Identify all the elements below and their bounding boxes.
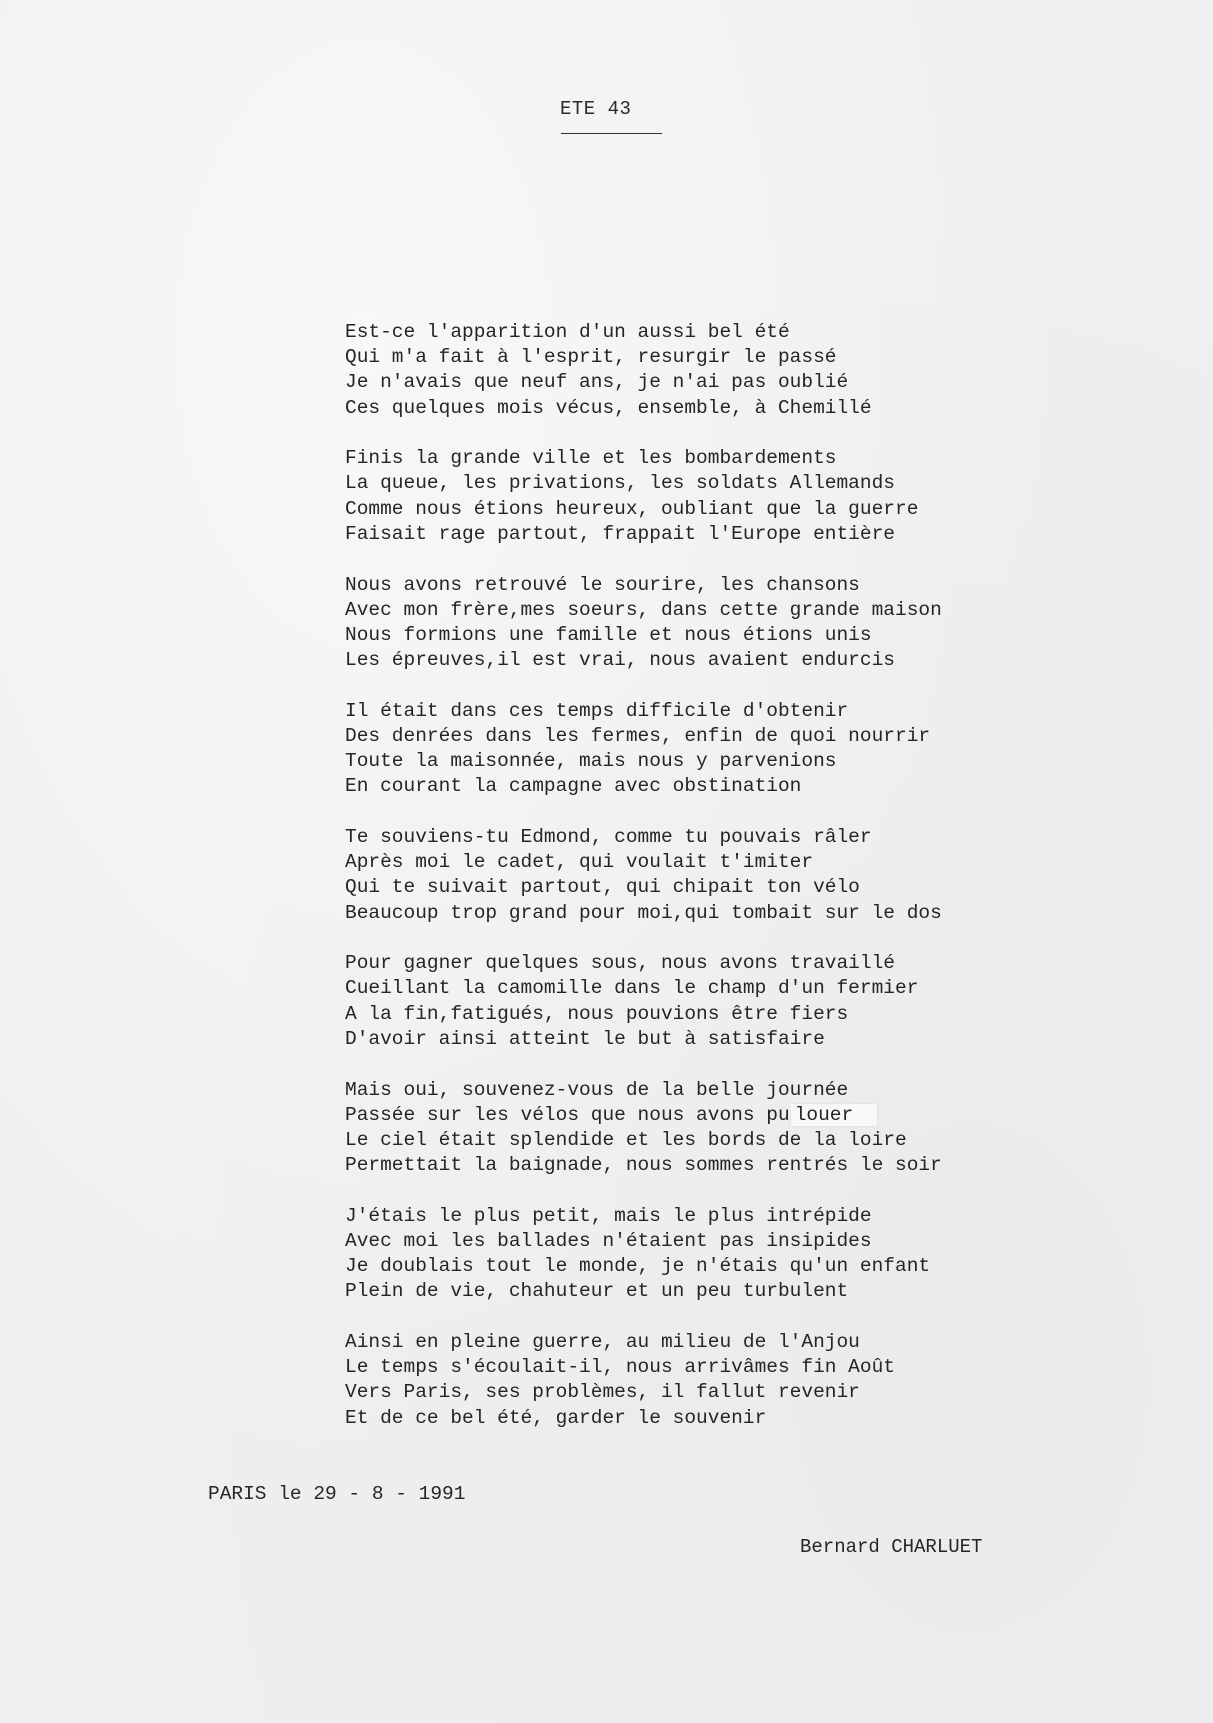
poem-line: Mais oui, souvenez-vous de la belle jour… <box>345 1078 1045 1103</box>
stanza-9: Ainsi en pleine guerre, au milieu de l'A… <box>345 1330 1045 1431</box>
poem-line: Vers Paris, ses problèmes, il fallut rev… <box>345 1380 1045 1405</box>
poem-line: Le temps s'écoulait-il, nous arrivâmes f… <box>345 1355 1045 1380</box>
poem-line: Je doublais tout le monde, je n'étais qu… <box>345 1254 1045 1279</box>
place-and-date: PARIS le 29 - 8 - 1991 <box>208 1483 465 1505</box>
stanza-1: Est-ce l'apparition d'un aussi bel été Q… <box>345 320 1045 421</box>
stanza-5: Te souviens-tu Edmond, comme tu pouvais … <box>345 825 1045 926</box>
poem-line: Toute la maisonnée, mais nous y parvenio… <box>345 749 1045 774</box>
author-signature: Bernard CHARLUET <box>800 1536 982 1558</box>
poem-line: Nous formions une famille et nous étions… <box>345 623 1045 648</box>
poem-line-with-patch: Passée sur les vélos que nous avons pulo… <box>345 1103 1045 1128</box>
poem-line: Avec moi les ballades n'étaient pas insi… <box>345 1229 1045 1254</box>
correction-patch: louer <box>791 1104 878 1126</box>
poem-line: Il était dans ces temps difficile d'obte… <box>345 699 1045 724</box>
poem-line: Après moi le cadet, qui voulait t'imiter <box>345 850 1045 875</box>
poem-line: Beaucoup trop grand pour moi,qui tombait… <box>345 901 1045 926</box>
poem-line: Ces quelques mois vécus, ensemble, à Che… <box>345 396 1045 421</box>
poem-line: Des denrées dans les fermes, enfin de qu… <box>345 724 1045 749</box>
poem-line: En courant la campagne avec obstination <box>345 774 1045 799</box>
stanza-4: Il était dans ces temps difficile d'obte… <box>345 699 1045 800</box>
poem-line: Finis la grande ville et les bombardemen… <box>345 446 1045 471</box>
poem-line: Qui m'a fait à l'esprit, resurgir le pas… <box>345 345 1045 370</box>
poem-line: Te souviens-tu Edmond, comme tu pouvais … <box>345 825 1045 850</box>
poem-line: Nous avons retrouvé le sourire, les chan… <box>345 573 1045 598</box>
poem-line: D'avoir ainsi atteint le but à satisfair… <box>345 1027 1045 1052</box>
poem-body: Est-ce l'apparition d'un aussi bel été Q… <box>345 320 1045 1456</box>
poem-line: Permettait la baignade, nous sommes rent… <box>345 1153 1045 1178</box>
poem-line: Avec mon frère,mes soeurs, dans cette gr… <box>345 598 1045 623</box>
poem-line: A la fin,fatigués, nous pouvions être fi… <box>345 1002 1045 1027</box>
poem-line: Et de ce bel été, garder le souvenir <box>345 1406 1045 1431</box>
stanza-2: Finis la grande ville et les bombardemen… <box>345 446 1045 547</box>
stanza-7: Mais oui, souvenez-vous de la belle jour… <box>345 1078 1045 1179</box>
poem-line: Pour gagner quelques sous, nous avons tr… <box>345 951 1045 976</box>
poem-line-text: Passée sur les vélos que nous avons pu <box>345 1104 790 1126</box>
poem-line: Le ciel était splendide et les bords de … <box>345 1128 1045 1153</box>
stanza-3: Nous avons retrouvé le sourire, les chan… <box>345 573 1045 674</box>
stanza-8: J'étais le plus petit, mais le plus intr… <box>345 1204 1045 1305</box>
poem-line: Est-ce l'apparition d'un aussi bel été <box>345 320 1045 345</box>
stanza-6: Pour gagner quelques sous, nous avons tr… <box>345 951 1045 1052</box>
poem-line: Comme nous étions heureux, oubliant que … <box>345 497 1045 522</box>
poem-line: Cueillant la camomille dans le champ d'u… <box>345 976 1045 1001</box>
title-underline <box>561 133 662 134</box>
poem-line: Les épreuves,il est vrai, nous avaient e… <box>345 648 1045 673</box>
poem-line: Faisait rage partout, frappait l'Europe … <box>345 522 1045 547</box>
poem-line: J'étais le plus petit, mais le plus intr… <box>345 1204 1045 1229</box>
poem-line: Je n'avais que neuf ans, je n'ai pas oub… <box>345 370 1045 395</box>
poem-line: Plein de vie, chahuteur et un peu turbul… <box>345 1279 1045 1304</box>
poem-title: ETE 43 <box>560 98 631 120</box>
poem-line: Qui te suivait partout, qui chipait ton … <box>345 875 1045 900</box>
paper-page: ETE 43 Est-ce l'apparition d'un aussi be… <box>0 0 1213 1723</box>
poem-line: Ainsi en pleine guerre, au milieu de l'A… <box>345 1330 1045 1355</box>
poem-line: La queue, les privations, les soldats Al… <box>345 471 1045 496</box>
